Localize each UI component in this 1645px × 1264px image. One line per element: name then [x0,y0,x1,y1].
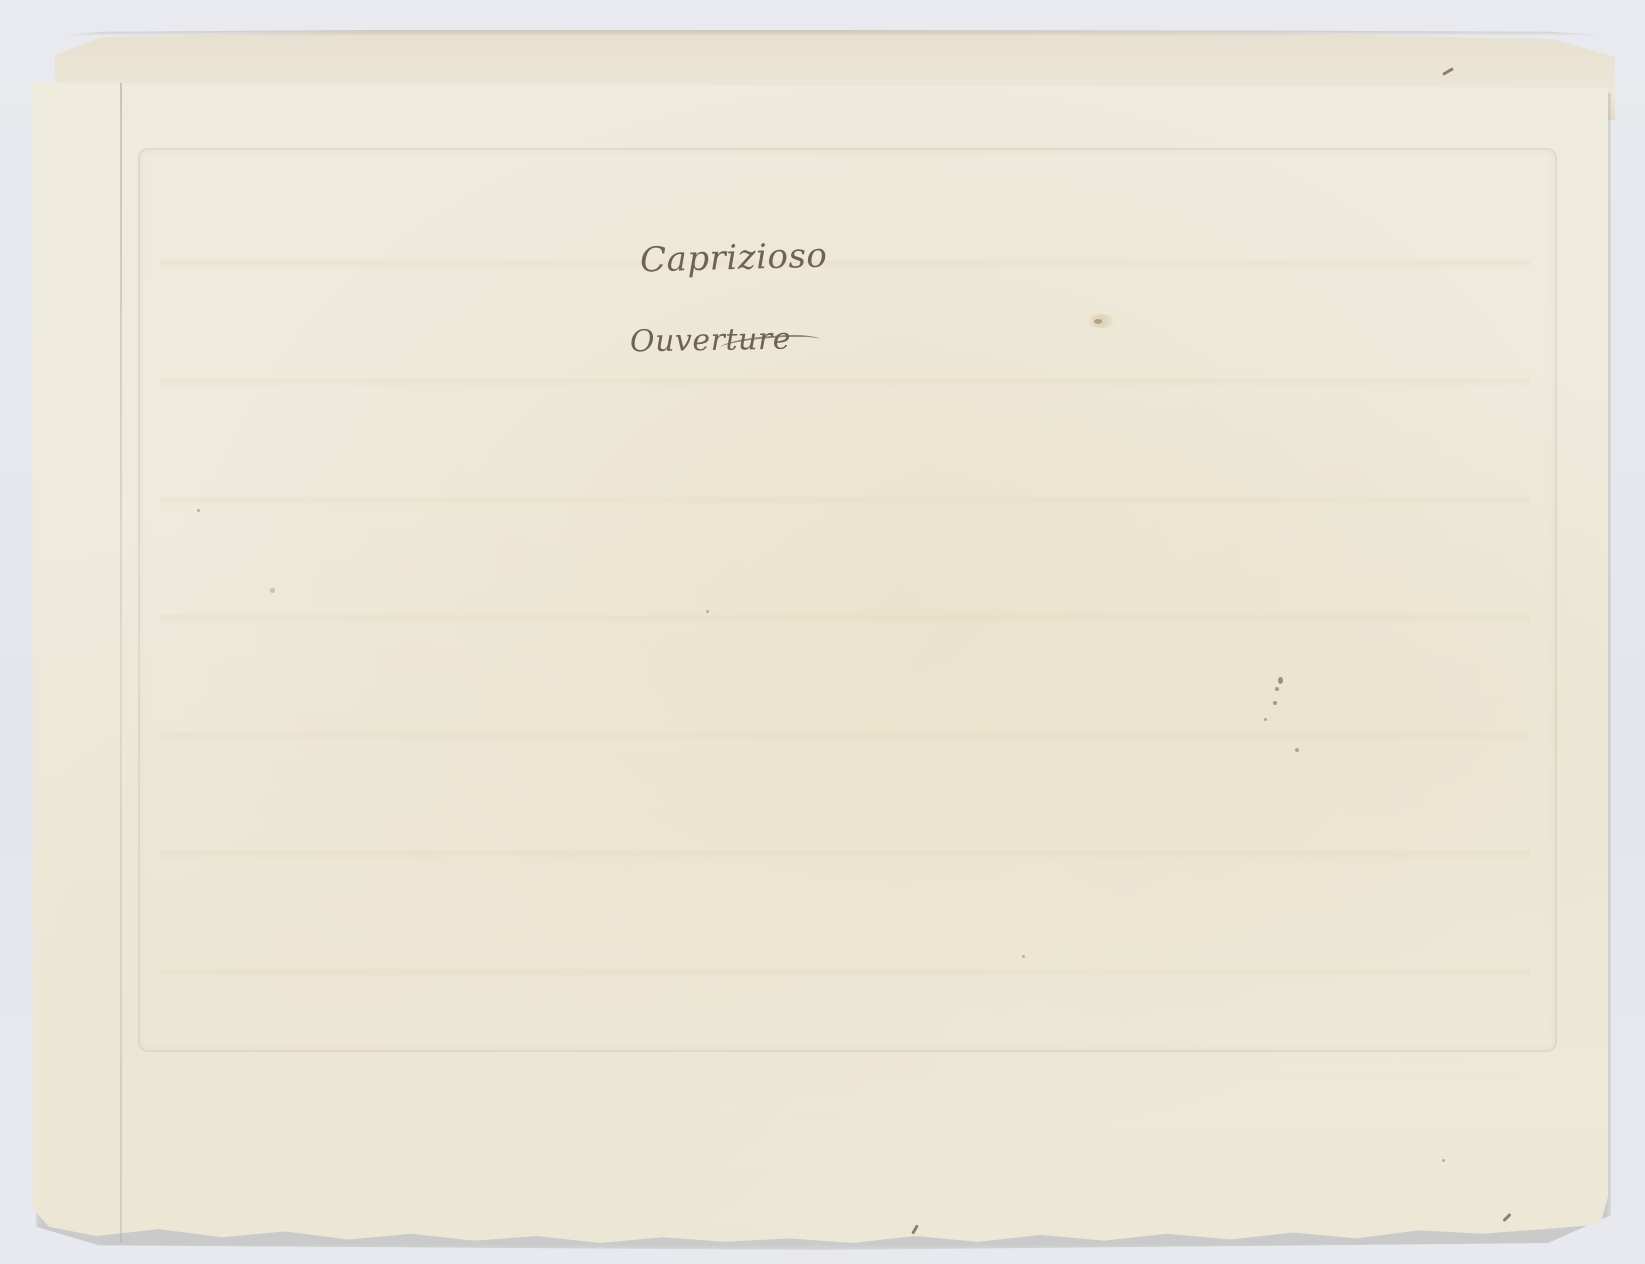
fold-line [120,83,122,1243]
handwritten-title: Caprizioso [640,236,828,281]
foxing-spot [1022,955,1025,958]
foxing-spot [270,588,275,593]
foxing-spot [706,610,709,613]
foxing-spot [197,509,200,512]
foxing-spot [1275,687,1279,691]
foxing-spot [1295,748,1299,752]
foxing-spot [1264,718,1267,721]
foxing-spot [1278,677,1283,684]
show-through-staves [160,200,1530,1020]
foxing-spot [1094,319,1102,324]
foxing-spot [1442,1159,1445,1162]
foxing-spot [1273,701,1277,705]
